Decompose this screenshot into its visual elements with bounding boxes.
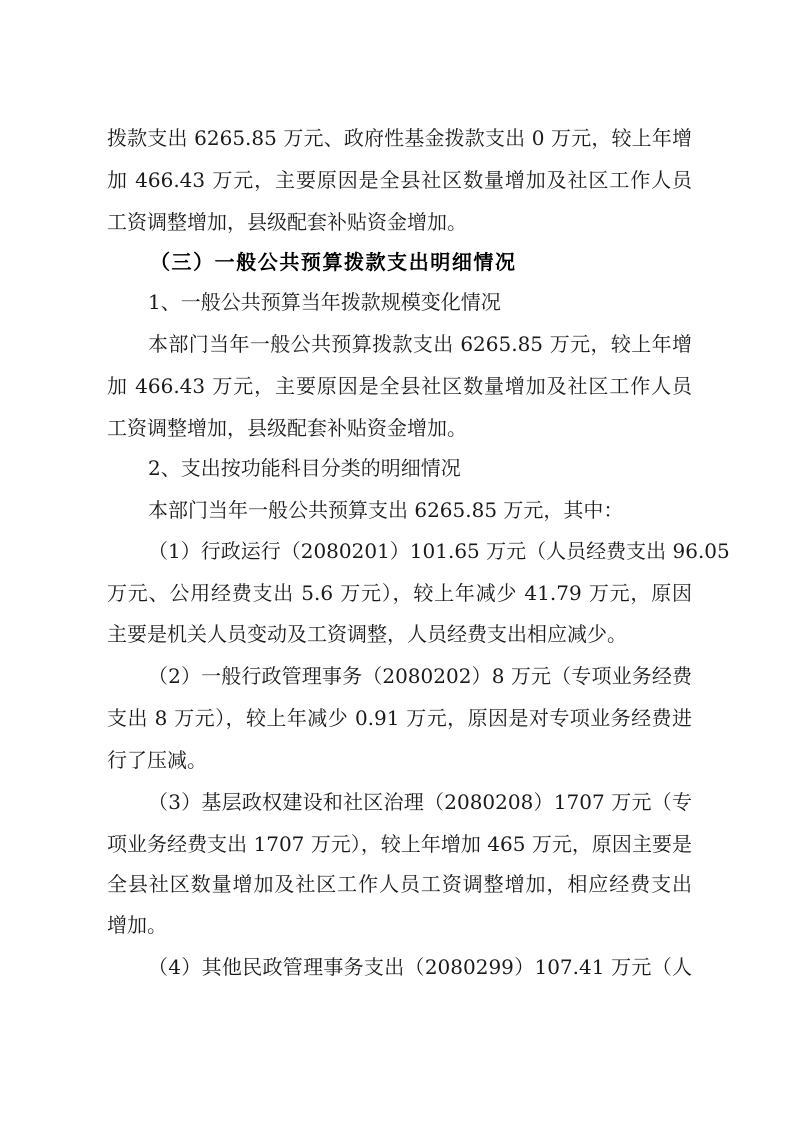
list-item-line: 万元、公用经费支出 5.6 万元），较上年减少 41.79 万元，原因 [107,578,692,608]
list-item-line: 主要是机关人员变动及工资调整，人员经费支出相应减少。 [107,619,692,649]
list-item-line: （3）基层政权建设和社区治理（2080208）1707 万元（专 [148,787,692,817]
paragraph-line: 工资调整增加，县级配套补贴资金增加。 [107,413,692,443]
paragraph-line: 本部门当年一般公共预算拨款支出 6265.85 万元，较上年增 [148,329,692,359]
list-item-line: （2）一般行政管理事务（2080202）8 万元（专项业务经费 [148,661,692,691]
document-page: 拨款支出 6265.85 万元、政府性基金拨款支出 0 万元，较上年增 加 46… [0,0,793,1122]
paragraph-line: 工资调整增加，县级配套补贴资金增加。 [107,207,692,237]
paragraph-line: 加 466.43 万元，主要原因是全县社区数量增加及社区工作人员 [107,165,692,195]
list-item-line: （4）其他民政管理事务支出（2080299）107.41 万元（人 [148,952,692,982]
list-item-line: 支出 8 万元），较上年减少 0.91 万元，原因是对专项业务经费进 [107,703,692,733]
subheading: 2、支出按功能科目分类的明细情况 [148,453,692,483]
list-item-line: 增加。 [107,910,692,940]
paragraph-line: 拨款支出 6265.85 万元、政府性基金拨款支出 0 万元，较上年增 [107,123,692,153]
list-item-line: 项业务经费支出 1707 万元），较上年增加 465 万元，原因主要是 [107,829,692,859]
paragraph-line: 本部门当年一般公共预算支出 6265.85 万元，其中： [148,495,692,525]
section-heading: （三）一般公共预算拨款支出明细情况 [150,247,515,277]
list-item-line: （1）行政运行（2080201）101.65 万元（人员经费支出 96.05 [148,536,692,566]
list-item-line: 行了压减。 [107,745,692,775]
paragraph-line: 加 466.43 万元，主要原因是全县社区数量增加及社区工作人员 [107,371,692,401]
subheading: 1、一般公共预算当年拨款规模变化情况 [148,287,692,317]
list-item-line: 全县社区数量增加及社区工作人员工资调整增加，相应经费支出 [107,869,692,899]
